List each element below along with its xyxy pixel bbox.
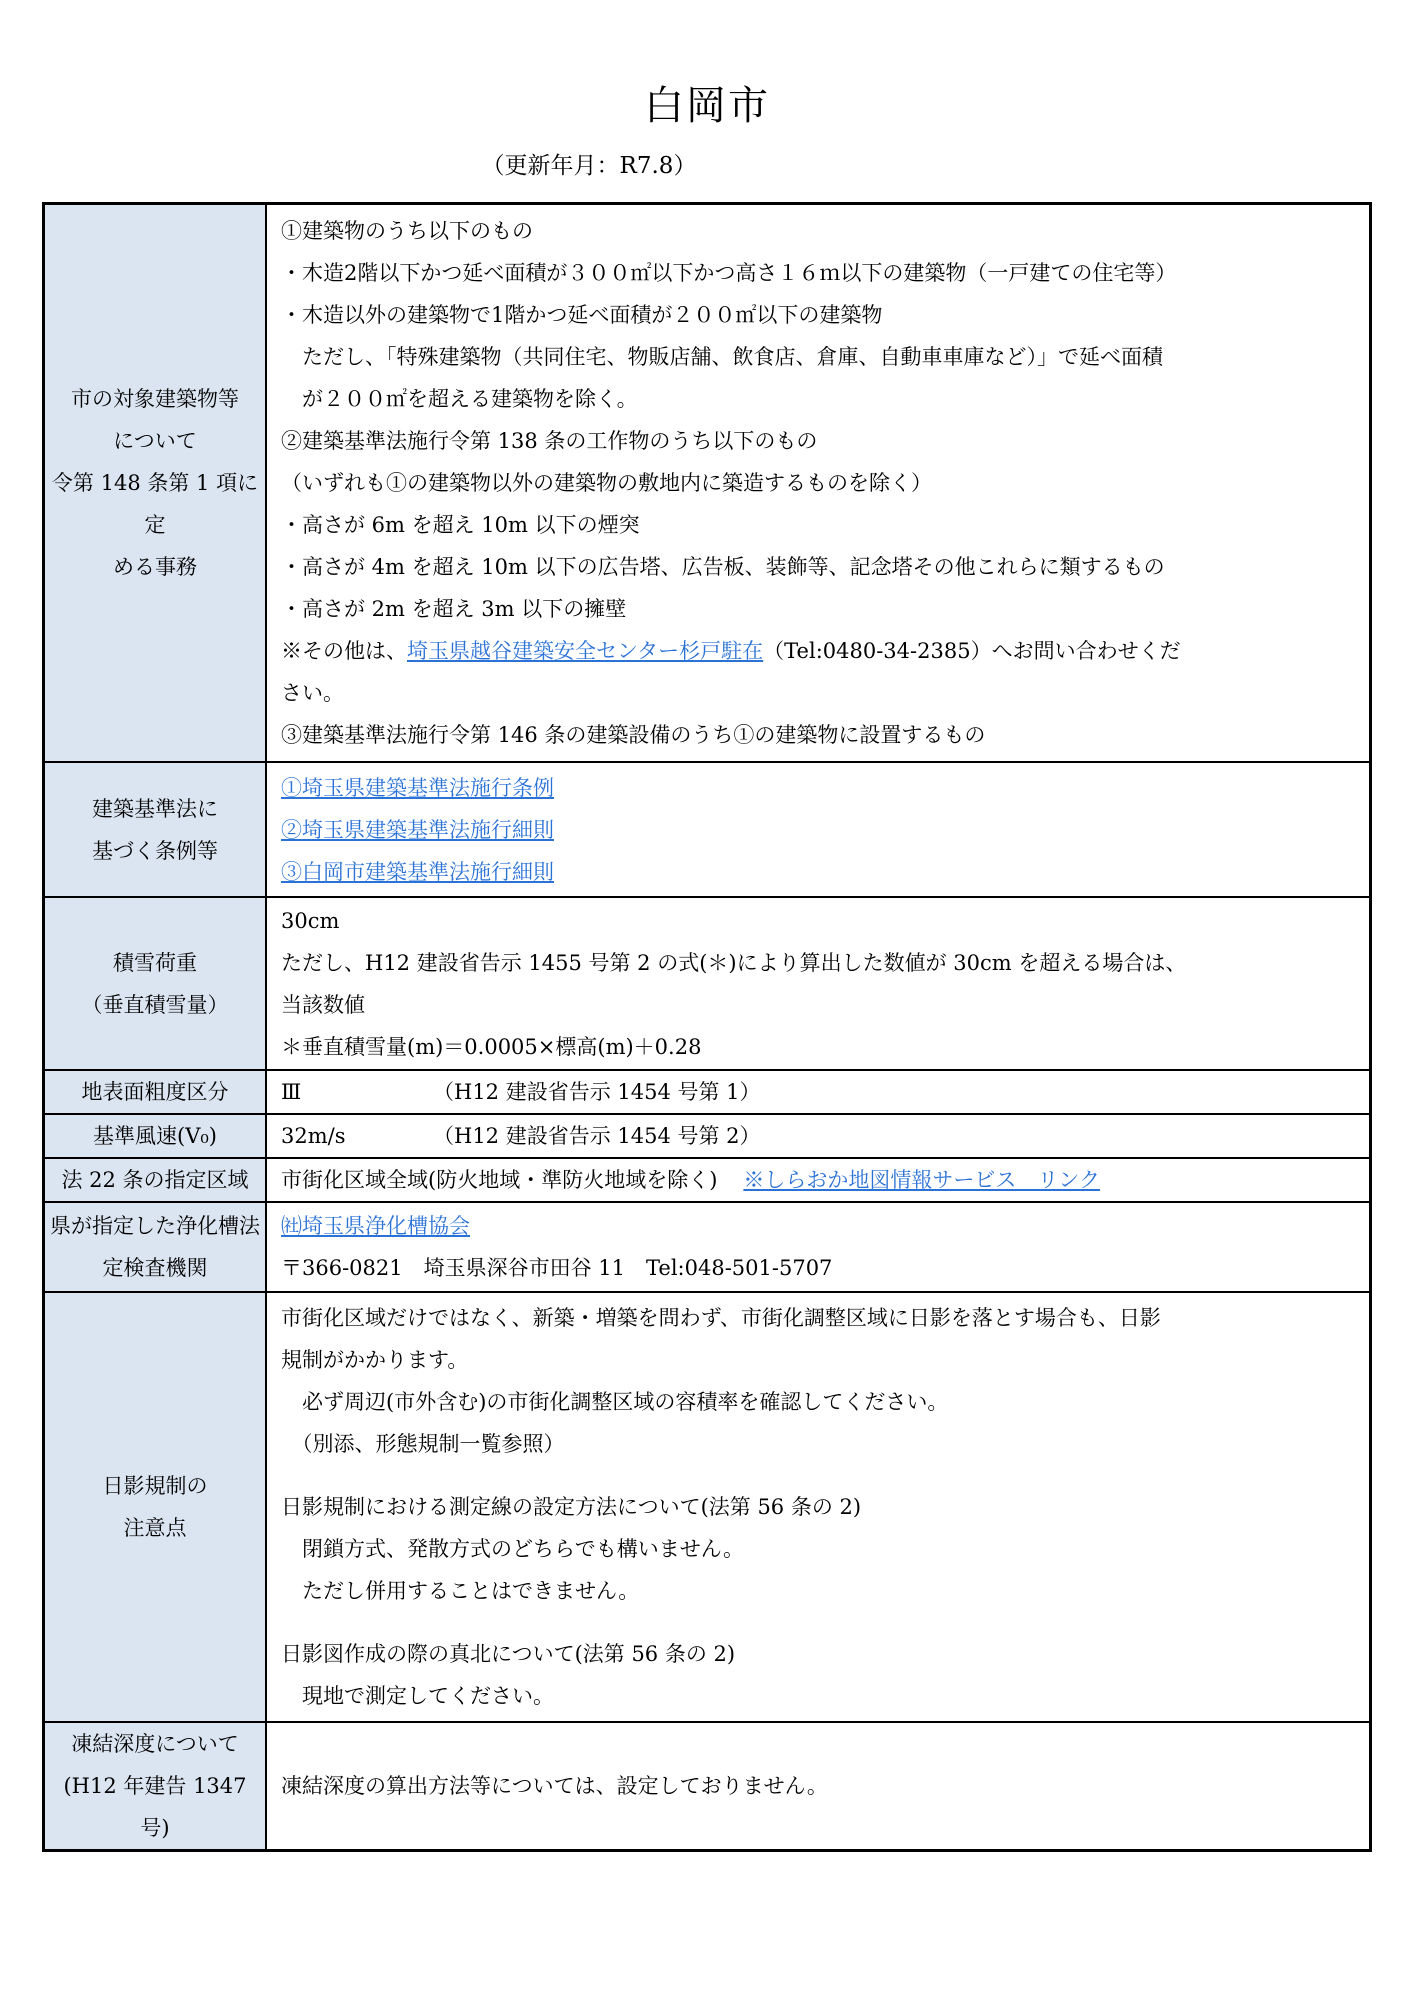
row-content-frost: 凍結深度の算出方法等については、設定しておりません。 [267,1723,1369,1849]
row-header-art22: 法 22 条の指定区域 [45,1159,267,1201]
update-note: （更新年月：R7.8） [0,147,1178,180]
text-line: ＊垂直積雪量(m)＝0.0005×標高(m)＋0.28 [281,1026,1361,1068]
header-line: （垂直積雪量） [82,984,229,1026]
row-content-scope: ①建築物のうち以下のもの ・木造2階以下かつ延べ面積が３００㎡以下かつ高さ１６ｍ… [267,205,1369,761]
wind-value: 32m/s [281,1115,433,1157]
header-line: 日影規制の [103,1465,208,1507]
text-line: ただし、「特殊建築物（共同住宅、物販店舗、飲食店、倉庫、自動車車庫など）」で延べ… [281,336,1361,378]
table-row-art22: 法 22 条の指定区域 市街化区域全域(防火地域・準防火地域を除く)※しらおか地… [45,1157,1369,1201]
text-line: （いずれも①の建築物以外の建築物の敷地内に築造するものを除く） [281,462,1361,504]
page-title: 白岡市 [0,0,1414,131]
header-line: 県が指定した浄化槽法 [50,1205,260,1247]
map-service-link[interactable]: ※しらおか地図情報サービス リンク [743,1168,1100,1192]
header-line: める事務 [113,546,197,588]
text-line: 必ず周辺(市外含む)の市街化調整区域の容積率を確認してください。 [281,1381,1361,1423]
header-line: 法 22 条の指定区域 [61,1159,248,1201]
row-content-johkasou: ㈳埼玉県浄化槽協会 〒366-0821 埼玉県深谷市田谷 11 Tel:048-… [267,1203,1369,1291]
header-line: 市の対象建築物等 [71,378,239,420]
row-content-roughness: Ⅲ（H12 建設省告示 1454 号第 1） [267,1071,1369,1113]
text-line: ・木造2階以下かつ延べ面積が３００㎡以下かつ高さ１６ｍ以下の建築物（一戸建ての住… [281,252,1361,294]
text-line: ・高さが 2m を超え 3m 以下の擁壁 [281,588,1361,630]
table-row-wind: 基準風速(V₀) 32m/s（H12 建設省告示 1454 号第 2） [45,1113,1369,1157]
row-header-snow: 積雪荷重 （垂直積雪量） [45,898,267,1069]
note-prefix: ※その他は、 [281,639,407,663]
header-line: 注意点 [124,1507,187,1549]
text-line: 市街化区域全域(防火地域・準防火地域を除く)※しらおか地図情報サービス リンク [281,1159,1361,1201]
regulation-table: 市の対象建築物等 について 令第 148 条第 1 項に定 める事務 ①建築物の… [42,202,1372,1852]
table-row-ordinance: 建築基準法に 基づく条例等 ①埼玉県建築基準法施行条例 ②埼玉県建築基準法施行細… [45,761,1369,896]
table-row-frost: 凍結深度について (H12 年建告 1347 号) 凍結深度の算出方法等について… [45,1721,1369,1849]
roughness-note: （H12 建設省告示 1454 号第 1） [433,1080,761,1104]
header-line: 基準風速(V₀) [93,1115,217,1157]
row-content-ordinance: ①埼玉県建築基準法施行条例 ②埼玉県建築基準法施行細則 ③白岡市建築基準法施行細… [267,763,1369,896]
header-line: 凍結深度について [71,1723,239,1765]
row-header-roughness: 地表面粗度区分 [45,1071,267,1113]
text-line: ※その他は、埼玉県越谷建築安全センター杉戸駐在（Tel:0480-34-2385… [281,630,1361,672]
city-rules-link[interactable]: ③白岡市建築基準法施行細則 [281,860,554,884]
header-line: 基づく条例等 [92,830,218,872]
text-line: ただし、H12 建設省告示 1455 号第 2 の式(＊)により算出した数値が … [281,942,1361,984]
header-line: 令第 148 条第 1 項に定 [49,462,261,546]
wind-note: （H12 建設省告示 1454 号第 2） [433,1124,761,1148]
roughness-value: Ⅲ [281,1071,433,1113]
text-line: 当該数値 [281,984,1361,1026]
text-line: ②建築基準法施行令第 138 条の工作物のうち以下のもの [281,420,1361,462]
row-content-shadow: 市街化区域だけではなく、新築・増築を問わず、市街化調整区域に日影を落とす場合も、… [267,1293,1369,1721]
text-line: 凍結深度の算出方法等については、設定しておりません。 [281,1765,1361,1807]
header-line: 建築基準法に [92,788,218,830]
pref-ordinance-link[interactable]: ①埼玉県建築基準法施行条例 [281,776,554,800]
johkasou-association-link[interactable]: ㈳埼玉県浄化槽協会 [281,1214,470,1238]
row-header-frost: 凍結深度について (H12 年建告 1347 号) [45,1723,267,1849]
header-line: 地表面粗度区分 [82,1071,229,1113]
text-line: 現地で測定してください。 [281,1675,1361,1717]
text-line: ③建築基準法施行令第 146 条の建築設備のうち①の建築物に設置するもの [281,714,1361,756]
pref-rules-link[interactable]: ②埼玉県建築基準法施行細則 [281,818,554,842]
text-line: 30cm [281,900,1361,942]
text-line: ・木造以外の建築物で1階かつ延べ面積が２００㎡以下の建築物 [281,294,1361,336]
text-line: 閉鎖方式、発散方式のどちらでも構いません。 [281,1528,1361,1570]
art22-text: 市街化区域全域(防火地域・準防火地域を除く) [281,1168,717,1192]
text-line: 規制がかかります。 [281,1339,1361,1381]
row-content-wind: 32m/s（H12 建設省告示 1454 号第 2） [267,1115,1369,1157]
text-line: さい。 [281,672,1361,714]
row-header-johkasou: 県が指定した浄化槽法 定検査機関 [45,1203,267,1291]
text-line: 市街化区域だけではなく、新築・増築を問わず、市街化調整区域に日影を落とす場合も、… [281,1297,1361,1339]
table-row-roughness: 地表面粗度区分 Ⅲ（H12 建設省告示 1454 号第 1） [45,1069,1369,1113]
row-content-snow: 30cm ただし、H12 建設省告示 1455 号第 2 の式(＊)により算出し… [267,898,1369,1069]
text-line: ・高さが 4m を超え 10m 以下の広告塔、広告板、装飾等、記念塔その他これら… [281,546,1361,588]
text-line: 日影規制における測定線の設定方法について(法第 56 条の 2) [281,1486,1361,1528]
header-line: 積雪荷重 [113,942,197,984]
text-line: ただし併用することはできません。 [281,1570,1361,1612]
text-line: 32m/s（H12 建設省告示 1454 号第 2） [281,1115,1361,1157]
header-line: について [113,420,197,462]
text-line: ・高さが 6m を超え 10m 以下の煙突 [281,504,1361,546]
table-row-snow: 積雪荷重 （垂直積雪量） 30cm ただし、H12 建設省告示 1455 号第 … [45,896,1369,1069]
note-suffix: （Tel:0480-34-2385）へお問い合わせくだ [763,639,1180,663]
header-line: 定検査機関 [103,1247,208,1289]
spacer [281,1612,1361,1633]
text-line: が２００㎡を超える建築物を除く。 [281,378,1361,420]
row-header-scope: 市の対象建築物等 について 令第 148 条第 1 項に定 める事務 [45,205,267,761]
row-header-ordinance: 建築基準法に 基づく条例等 [45,763,267,896]
row-header-wind: 基準風速(V₀) [45,1115,267,1157]
table-row-johkasou: 県が指定した浄化槽法 定検査機関 ㈳埼玉県浄化槽協会 〒366-0821 埼玉県… [45,1201,1369,1291]
text-line: Ⅲ（H12 建設省告示 1454 号第 1） [281,1071,1361,1113]
row-header-shadow: 日影規制の 注意点 [45,1293,267,1721]
johkasou-address: 〒366-0821 埼玉県深谷市田谷 11 Tel:048-501-5707 [281,1247,1361,1289]
text-line: （別添、形態規制一覧参照） [281,1423,1361,1465]
text-line: ①建築物のうち以下のもの [281,210,1361,252]
row-content-art22: 市街化区域全域(防火地域・準防火地域を除く)※しらおか地図情報サービス リンク [267,1159,1369,1201]
table-row-scope: 市の対象建築物等 について 令第 148 条第 1 項に定 める事務 ①建築物の… [45,205,1369,761]
spacer [281,1465,1361,1486]
text-line: 日影図作成の際の真北について(法第 56 条の 2) [281,1633,1361,1675]
table-row-shadow: 日影規制の 注意点 市街化区域だけではなく、新築・増築を問わず、市街化調整区域に… [45,1291,1369,1721]
safety-center-link[interactable]: 埼玉県越谷建築安全センター杉戸駐在 [407,639,763,663]
header-line: (H12 年建告 1347 号) [49,1765,261,1849]
